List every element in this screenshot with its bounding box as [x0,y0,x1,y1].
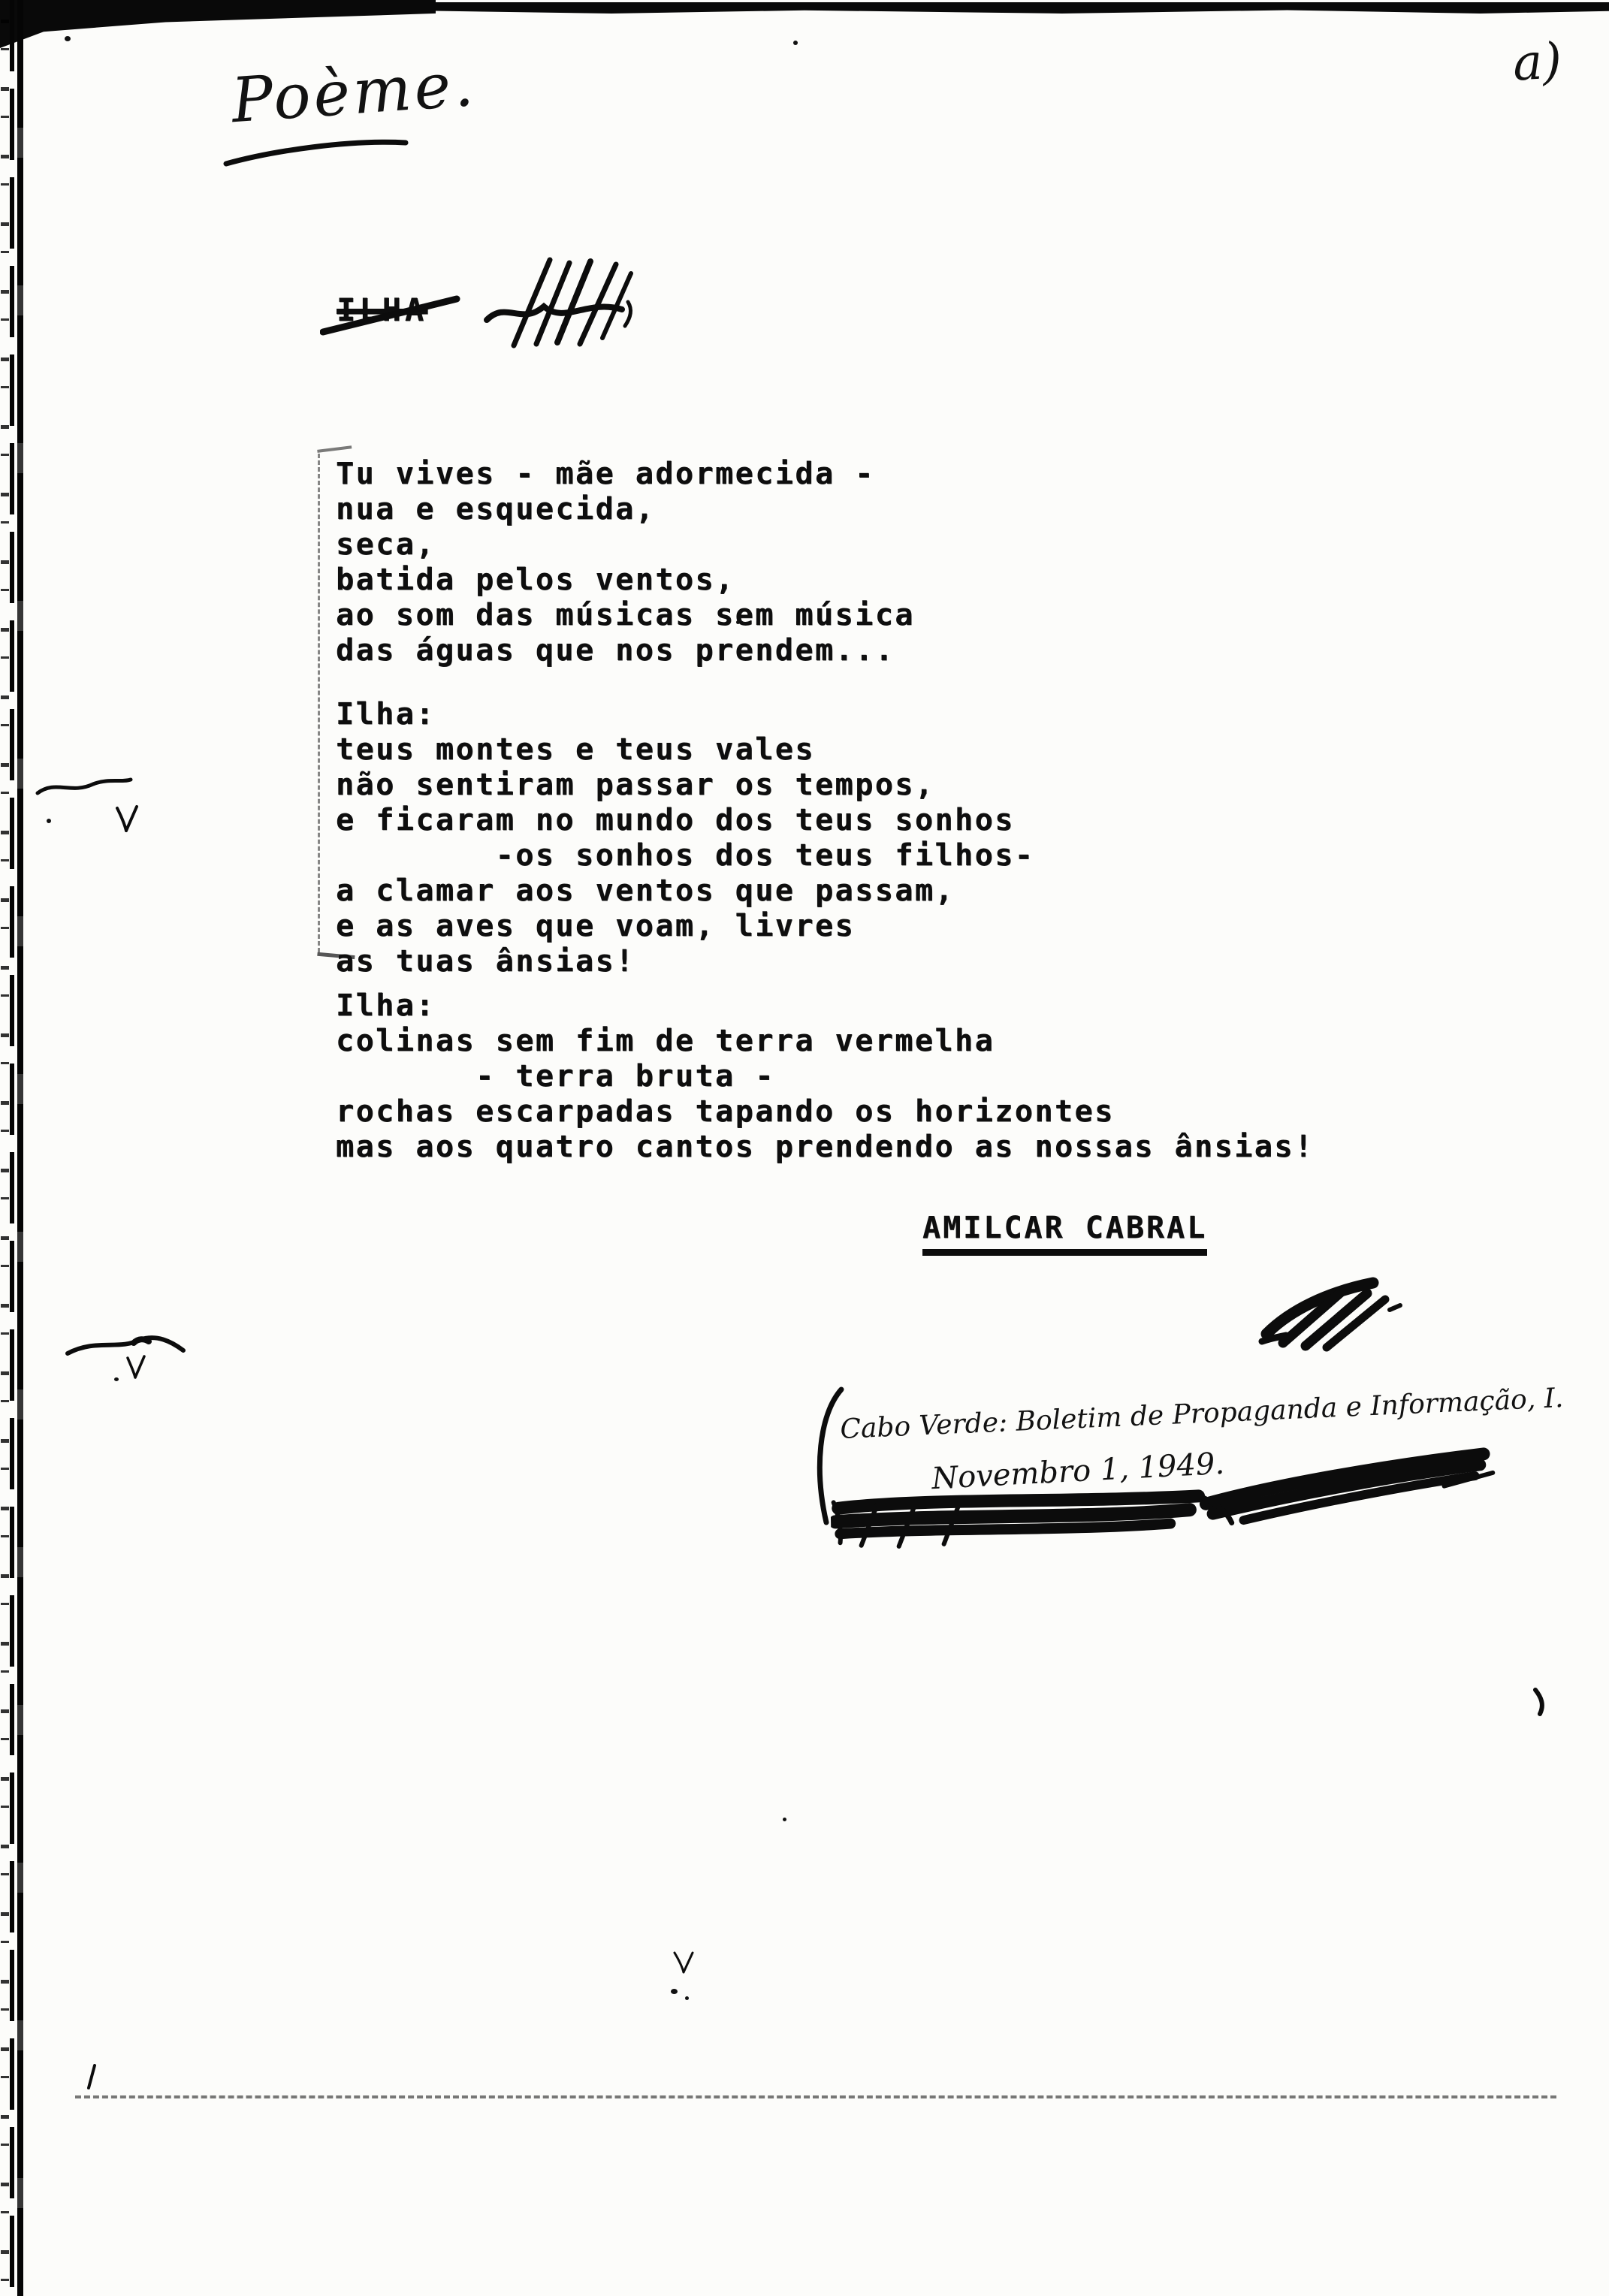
page-letter-label: a) [1511,32,1563,92]
crossed-out-word-scribble [478,254,639,350]
faint-bottom-rule [75,2095,1556,2098]
margin-check-mark-2 [123,1352,149,1382]
poem-stanza-2: Ilha: teus montes e teus vales não senti… [336,697,1034,979]
margin-squiggle-1 [35,772,136,806]
scan-left-noise [1,0,9,2296]
margin-check-mark-1 [113,802,143,835]
crossed-out-text-left [830,1481,1214,1552]
author-name: AMILCAR CABRAL [922,1211,1207,1256]
noise-dot [671,1989,678,1994]
scan-left-edge-line-2 [17,0,23,2296]
handwritten-heading: Poème. [229,49,478,137]
noise-dot [114,1377,119,1381]
stray-tick-right [1531,1687,1549,1717]
noise-dot [47,819,51,823]
noise-dot [685,1996,689,2000]
poem-stanza-3: Ilha: colinas sem fim de terra vermelha … [336,988,1315,1165]
noise-dot [736,620,740,624]
scanned-poem-page: Poème. a) ILHA Tu vives - mãe adormecida… [0,0,1609,2296]
title-strike-stroke [320,288,463,341]
heading-underline-stroke [222,132,410,170]
crossed-out-text-right [1193,1435,1499,1536]
citation-source: Cabo Verde: Boletim de Propaganda e Info… [840,1383,1565,1445]
noise-dot [65,36,71,41]
noise-dot [793,41,798,45]
signature-scribble [1256,1271,1406,1353]
scan-left-edge-line [10,0,14,2296]
stray-tick-bottom-left [84,2064,99,2091]
stray-check-bottom [669,1947,699,1980]
poem-stanza-1: Tu vives - mãe adormecida - nua e esquec… [336,457,915,668]
noise-dot [783,1818,786,1821]
